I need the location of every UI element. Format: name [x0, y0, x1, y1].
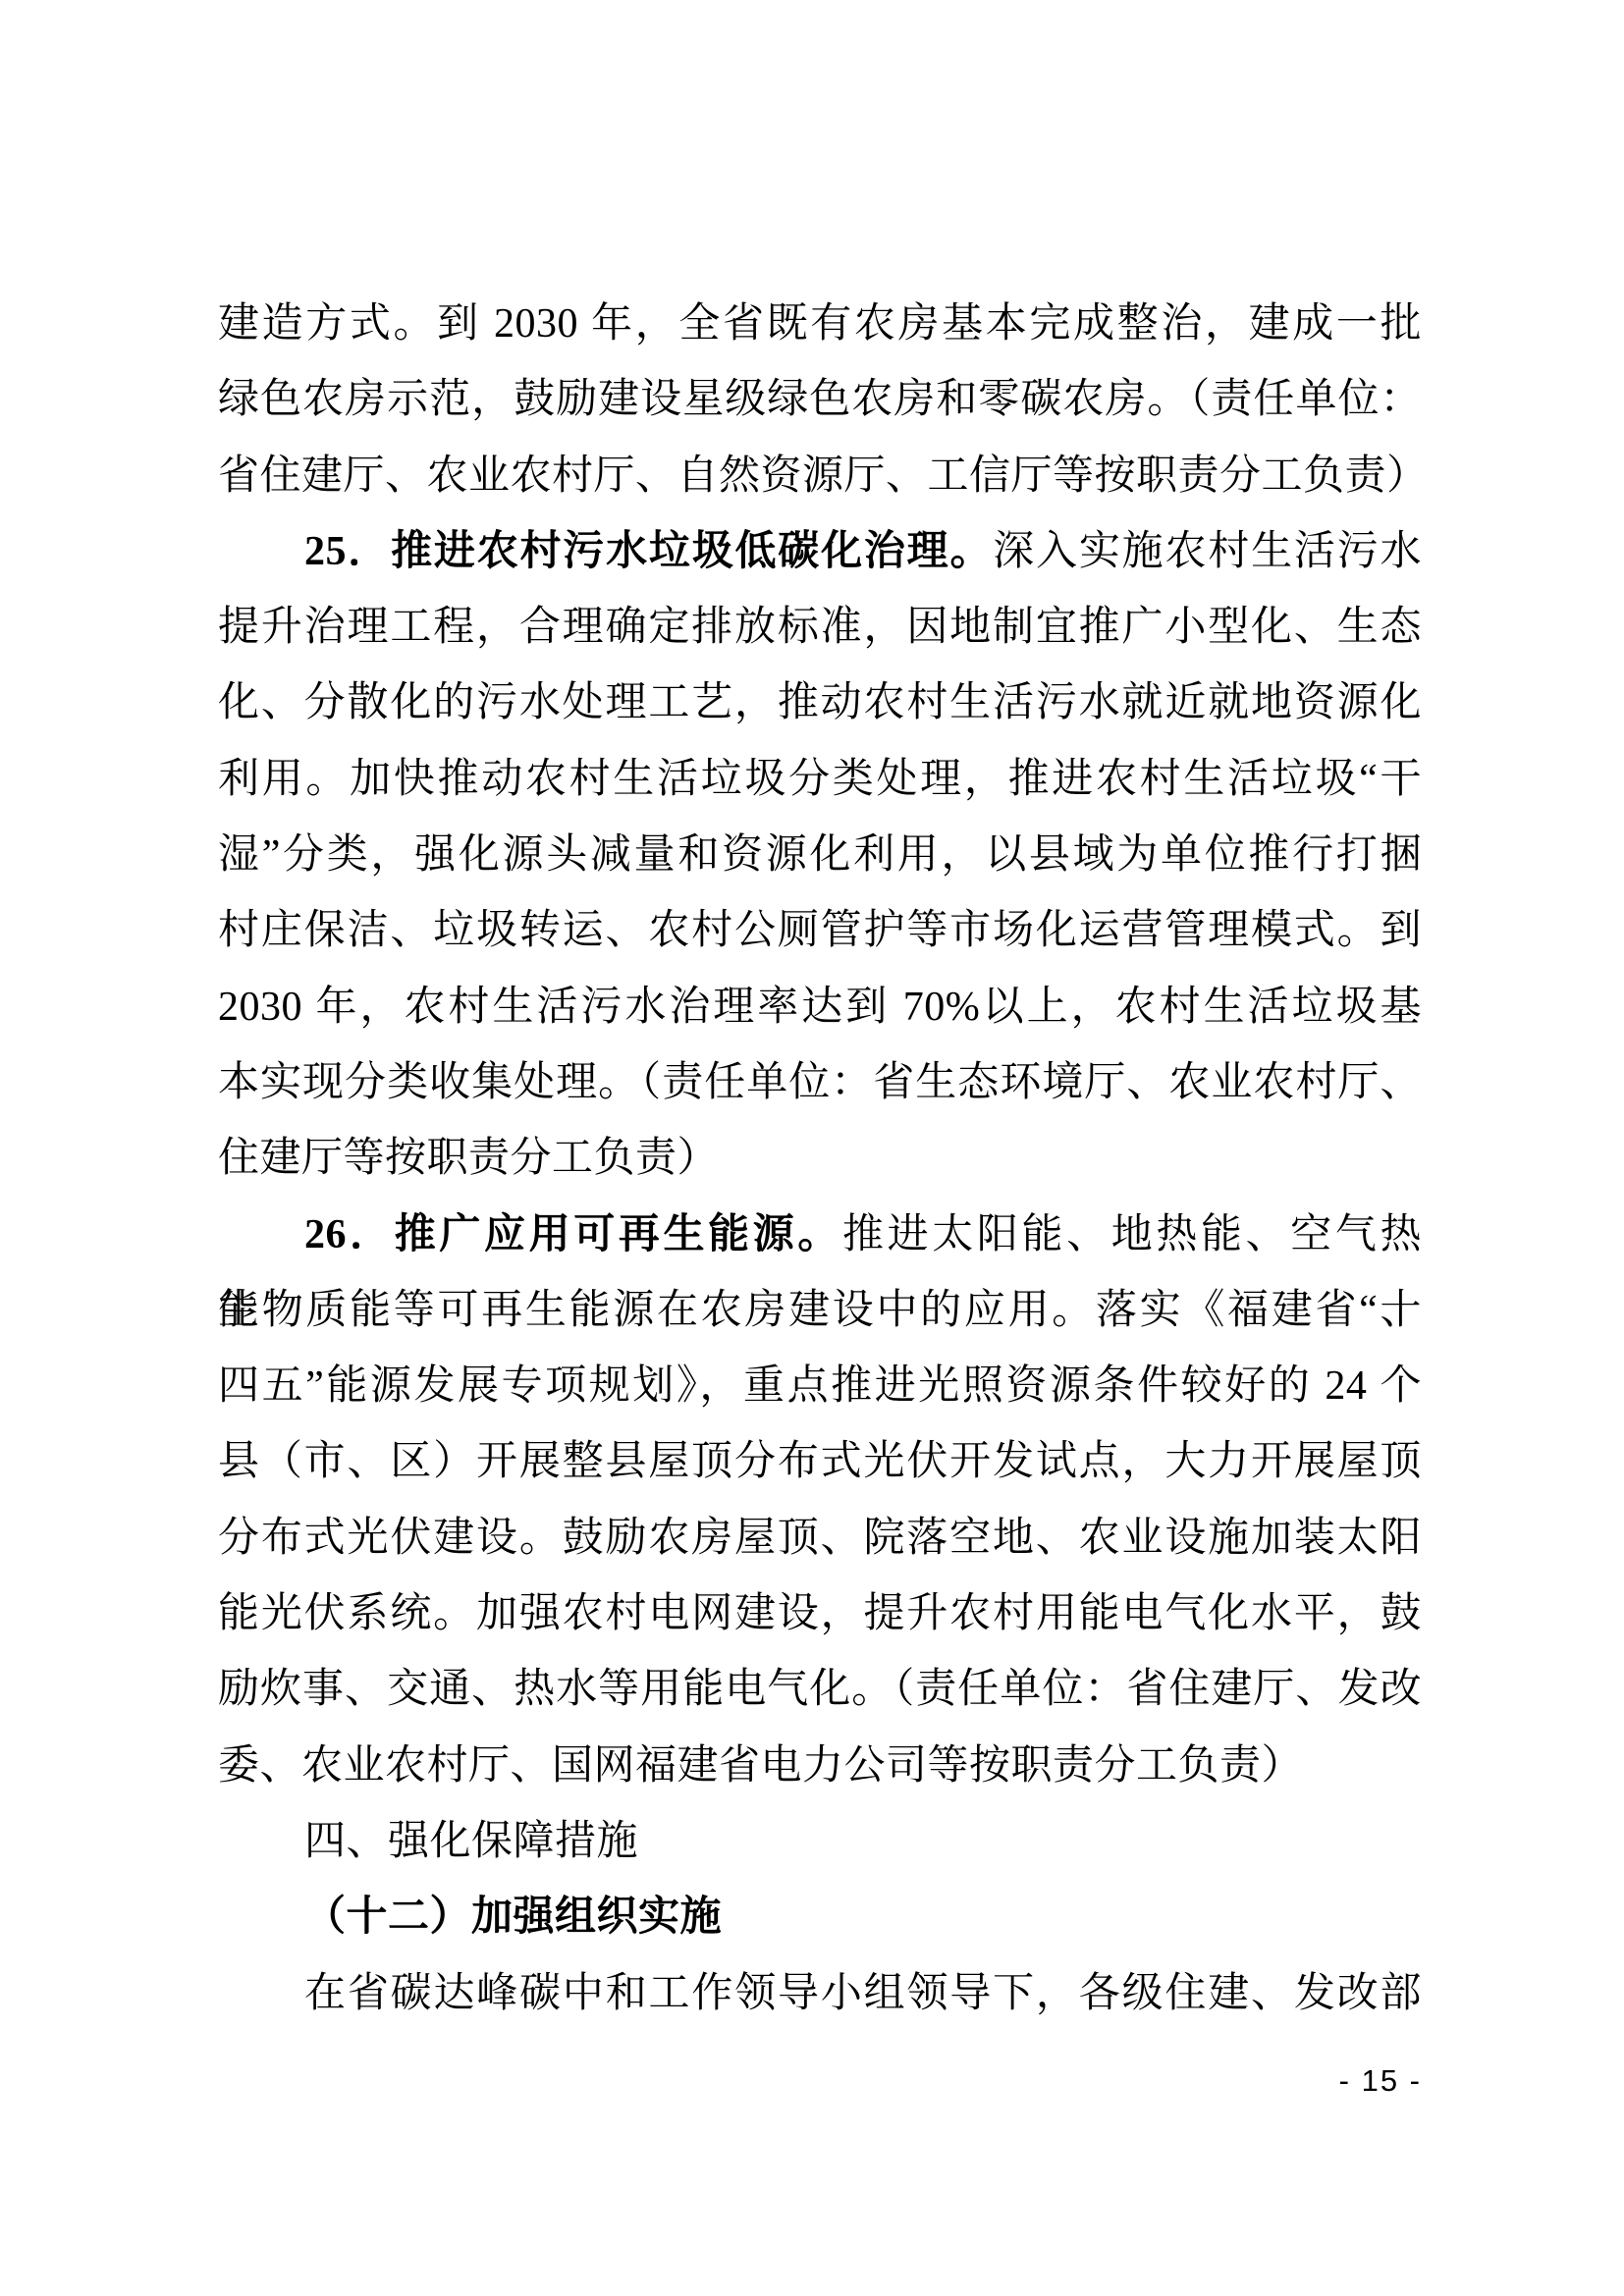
text-line: 住建厅等按职责分工负责）: [218, 1121, 1422, 1197]
text-line: 县（市、区）开展整县屋顶分布式光伏开发试点，大力开展屋顶: [218, 1424, 1422, 1500]
text-line: 湿”分类，强化源头减量和资源化利用，以县域为单位推行打捆: [218, 818, 1422, 893]
text-line: 2030 年，农村生活污水治理率达到 70%以上，农村生活垃圾基: [218, 970, 1422, 1045]
text-line: 建造方式。到 2030 年，全省既有农房基本完成整治，建成一批: [218, 287, 1422, 362]
text-line: 25．推进农村污水垃圾低碳化治理。深入实施农村生活污水: [218, 514, 1422, 590]
paragraph-heading: 25．推进农村污水垃圾低碳化治理。: [304, 529, 993, 574]
text-line: 四、强化保障措施: [218, 1804, 1422, 1880]
text-line: 四五”能源发展专项规划》，重点推进光照资源条件较好的 24 个: [218, 1349, 1422, 1424]
text-line: 利用。加快推动农村生活垃圾分类处理，推进农村生活垃圾“干: [218, 742, 1422, 818]
text-line: 化、分散化的污水处理工艺，推动农村生活污水就近就地资源化: [218, 666, 1422, 741]
page-number: - 15 -: [218, 2061, 1422, 2101]
text-line: 生物质能等可再生能源在农房建设中的应用。落实《福建省“十: [218, 1273, 1422, 1349]
text-line: 村庄保洁、垃圾转运、农村公厕管护等市场化运营管理模式。到: [218, 893, 1422, 969]
text-line: 省住建厅、农业农村厅、自然资源厅、工信厅等按职责分工负责）: [218, 439, 1422, 514]
text-line: 绿色农房示范，鼓励建设星级绿色农房和零碳农房。（责任单位：: [218, 362, 1422, 438]
text-line: 励炊事、交通、热水等用能电气化。（责任单位：省住建厅、发改: [218, 1652, 1422, 1728]
text-line: 委、农业农村厅、国网福建省电力公司等按职责分工负责）: [218, 1729, 1422, 1804]
text-line: 能光伏系统。加强农村电网建设，提升农村用能电气化水平，鼓: [218, 1576, 1422, 1652]
document-page: 建造方式。到 2030 年，全省既有农房基本完成整治，建成一批绿色农房示范，鼓励…: [0, 0, 1624, 2296]
text-line: 本实现分类收集处理。（责任单位：省生态环境厅、农业农村厅、: [218, 1045, 1422, 1121]
text-line: 提升治理工程，合理确定排放标准，因地制宜推广小型化、生态: [218, 590, 1422, 666]
text-line: 26．推广应用可再生能源。推进太阳能、地热能、空气热能、: [218, 1198, 1422, 1273]
text-line: 在省碳达峰碳中和工作领导小组领导下，各级住建、发改部: [218, 1956, 1422, 2032]
paragraph-heading: 26．推广应用可再生能源。: [304, 1212, 842, 1257]
text-line: 分布式光伏建设。鼓励农房屋顶、院落空地、农业设施加装太阳: [218, 1501, 1422, 1576]
document-lines: 建造方式。到 2030 年，全省既有农房基本完成整治，建成一批绿色农房示范，鼓励…: [218, 287, 1422, 2032]
text-line: （十二）加强组织实施: [218, 1880, 1422, 1955]
